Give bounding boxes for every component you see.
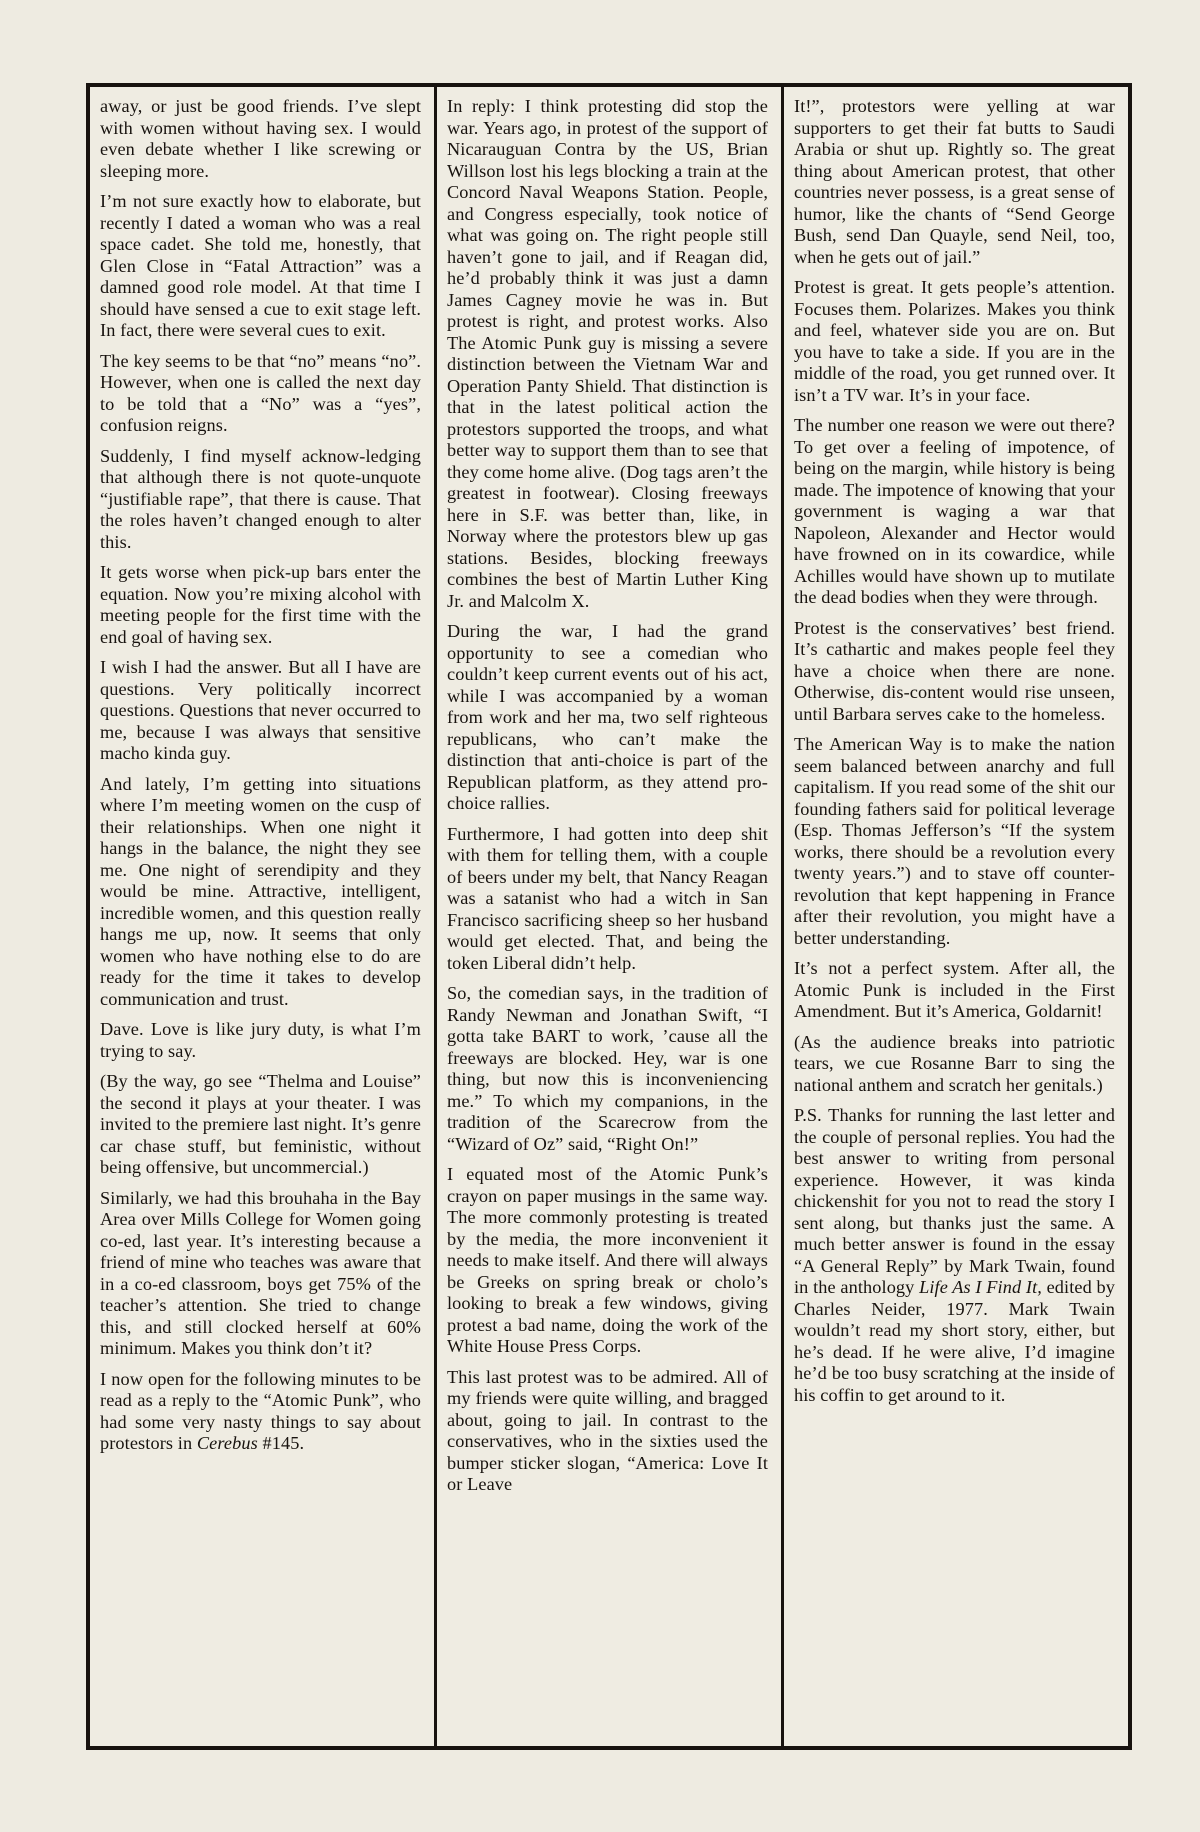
paragraph: This last protest was to be admired. All…: [447, 1367, 768, 1496]
paragraph: Furthermore, I had gotten into deep shit…: [447, 824, 768, 975]
paragraph: I wish I had the answer. But all I have …: [100, 657, 421, 765]
text-run: Protest is the conservatives’ best frien…: [794, 618, 1115, 724]
text-run: And lately, I’m getting into situations …: [100, 774, 421, 1009]
text-run: This last protest was to be admired. All…: [447, 1367, 768, 1495]
paragraph: I equated most of the Atomic Punk’s cray…: [447, 1164, 768, 1358]
text-run: Protest is great. It gets people’s atten…: [794, 277, 1115, 405]
paragraph: (As the audience breaks into patriotic t…: [794, 1032, 1115, 1097]
text-run: It gets worse when pick-up bars enter th…: [100, 562, 421, 647]
paragraph: The key seems to be that “no” means “no”…: [100, 351, 421, 437]
text-run: So, the comedian says, in the tradition …: [447, 983, 768, 1154]
text-column-3: It!”, protestors were yelling at war sup…: [781, 87, 1128, 1746]
page-border-frame: away, or just be good friends. I’ve slep…: [86, 83, 1132, 1750]
text-run: It!”, protestors were yelling at war sup…: [794, 96, 1115, 267]
text-run: P.S. Thanks for running the last letter …: [794, 1105, 1115, 1297]
page-background: { "page": { "background": "#eeebe1", "pa…: [0, 0, 1200, 1832]
text-run: I’m not sure exactly how to elaborate, b…: [100, 191, 421, 340]
text-run: The American Way is to make the nation s…: [794, 734, 1115, 948]
paragraph: And lately, I’m getting into situations …: [100, 774, 421, 1011]
text-column-2: In reply: I think protesting did stop th…: [434, 87, 781, 1746]
text-run: The key seems to be that “no” means “no”…: [100, 351, 421, 436]
paragraph: The number one reason we were out there?…: [794, 415, 1115, 609]
paragraph: away, or just be good friends. I’ve slep…: [100, 96, 421, 182]
paragraph: The American Way is to make the nation s…: [794, 734, 1115, 949]
text-run: I equated most of the Atomic Punk’s cray…: [447, 1164, 768, 1356]
text-run: I wish I had the answer. But all I have …: [100, 657, 421, 763]
text-run: (As the audience breaks into patriotic t…: [794, 1032, 1115, 1095]
text-column-1: away, or just be good friends. I’ve slep…: [90, 87, 434, 1746]
paragraph: I’m not sure exactly how to elaborate, b…: [100, 191, 421, 342]
text-run: away, or just be good friends. I’ve slep…: [100, 96, 421, 181]
paragraph: Dave. Love is like jury duty, is what I’…: [100, 1019, 421, 1062]
italic-text-run: Life As I Find It,: [919, 1277, 1042, 1297]
text-run: Suddenly, I find myself acknow-ledging t…: [100, 446, 421, 552]
text-run: The number one reason we were out there?…: [794, 415, 1115, 607]
paragraph: Protest is the conservatives’ best frien…: [794, 618, 1115, 726]
paragraph: It’s not a perfect system. After all, th…: [794, 958, 1115, 1023]
paragraph: I now open for the following minutes to …: [100, 1369, 421, 1455]
paragraph: It!”, protestors were yelling at war sup…: [794, 96, 1115, 268]
paragraph: Suddenly, I find myself acknow-ledging t…: [100, 446, 421, 554]
text-run: Similarly, we had this brouhaha in the B…: [100, 1188, 421, 1359]
paragraph: During the war, I had the grand opportun…: [447, 621, 768, 815]
italic-text-run: Cerebus: [197, 1433, 258, 1453]
paragraph: Protest is great. It gets people’s atten…: [794, 277, 1115, 406]
text-run: It’s not a perfect system. After all, th…: [794, 958, 1115, 1021]
text-run: Dave. Love is like jury duty, is what I’…: [100, 1019, 421, 1061]
paragraph: So, the comedian says, in the tradition …: [447, 983, 768, 1155]
paragraph: Similarly, we had this brouhaha in the B…: [100, 1188, 421, 1360]
paragraph: In reply: I think protesting did stop th…: [447, 96, 768, 612]
paragraph: It gets worse when pick-up bars enter th…: [100, 562, 421, 648]
text-run: In reply: I think protesting did stop th…: [447, 96, 768, 611]
text-run: (By the way, go see “Thelma and Louise” …: [100, 1071, 421, 1177]
paragraph: P.S. Thanks for running the last letter …: [794, 1105, 1115, 1406]
text-run: #145.: [258, 1433, 304, 1453]
text-run: During the war, I had the grand opportun…: [447, 621, 768, 813]
paragraph: (By the way, go see “Thelma and Louise” …: [100, 1071, 421, 1179]
text-run: Furthermore, I had gotten into deep shit…: [447, 824, 768, 973]
